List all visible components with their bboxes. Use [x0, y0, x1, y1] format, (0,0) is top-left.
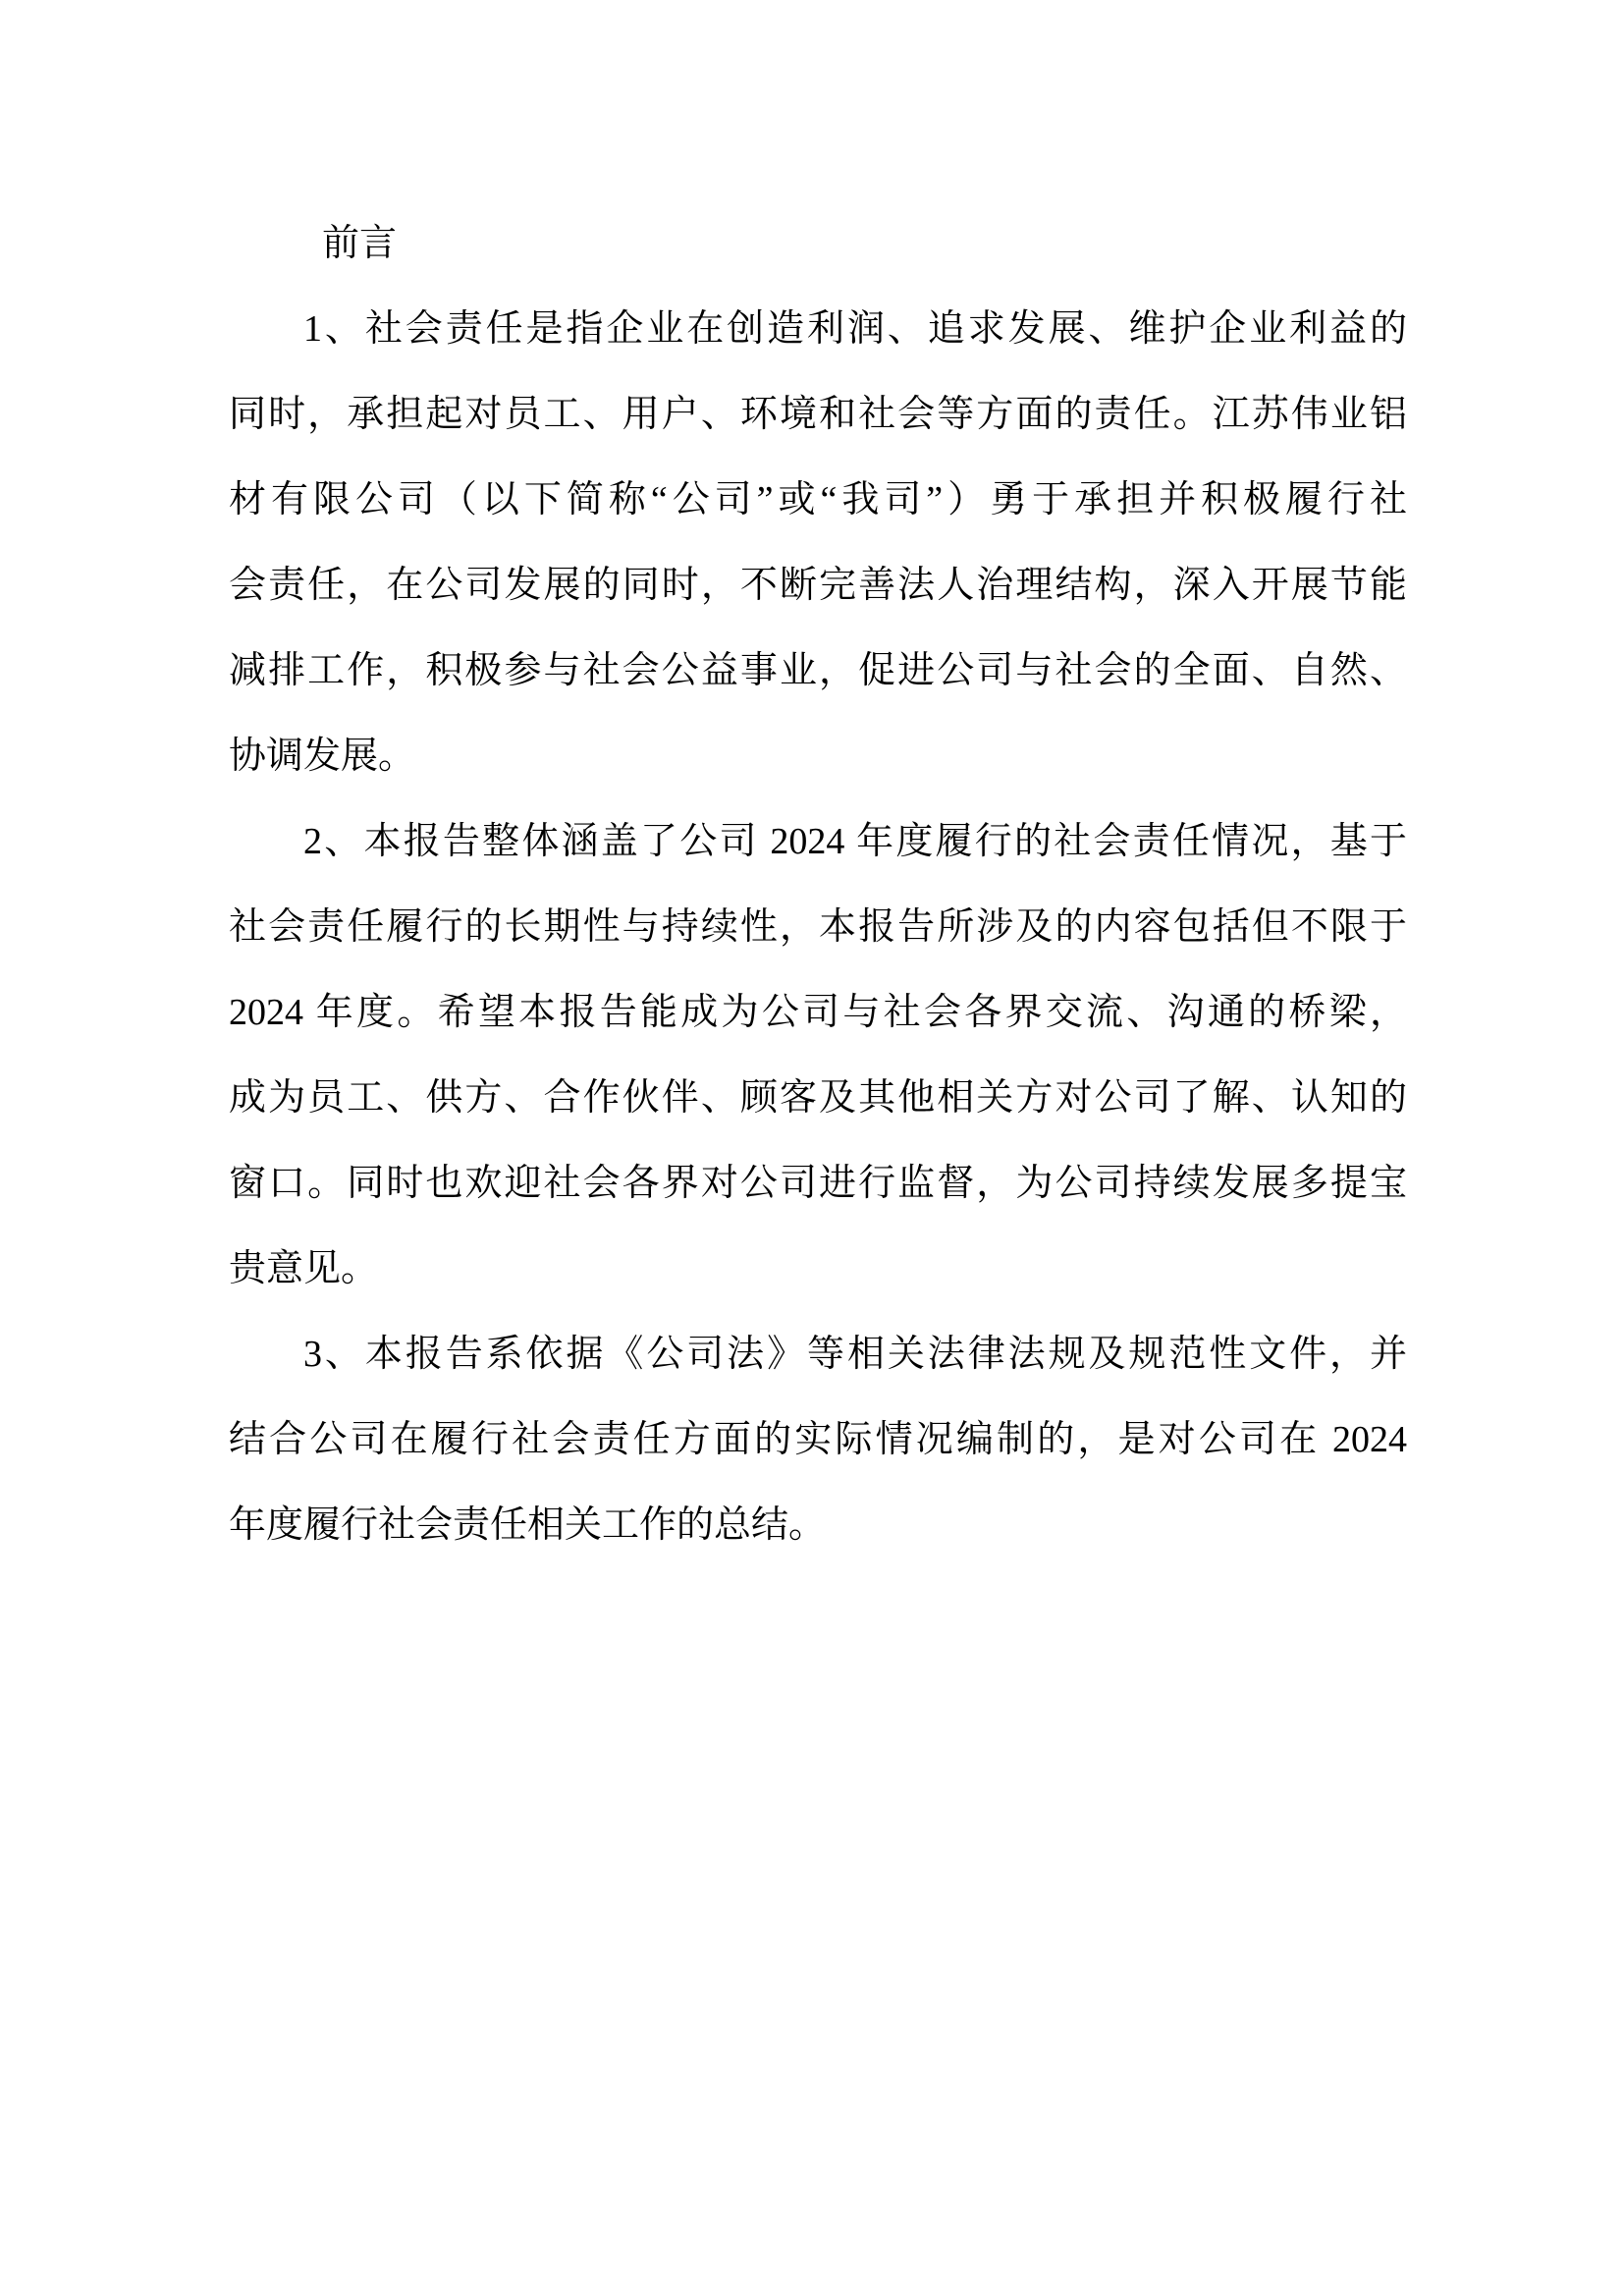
paragraph-line: 同时，承担起对员工、用户、环境和社会等方面的责任。江苏伟业铝 [229, 372, 1407, 458]
paragraphs-container: 1、社会责任是指企业在创造利润、追求发展、维护企业利益的同时，承担起对员工、用户… [229, 287, 1407, 1568]
paragraph-line: 会责任，在公司发展的同时，不断完善法人治理结构，深入开展节能 [229, 543, 1407, 629]
paragraph-line: 3、本报告系依据《公司法》等相关法律法规及规范性文件，并 [229, 1312, 1407, 1397]
document-body: 前言 1、社会责任是指企业在创造利润、追求发展、维护企业利益的同时，承担起对员工… [229, 201, 1407, 1568]
paragraph-line: 窗口。同时也欢迎社会各界对公司进行监督，为公司持续发展多提宝 [229, 1141, 1407, 1227]
paragraph-line: 减排工作，积极参与社会公益事业，促进公司与社会的全面、自然、 [229, 629, 1407, 714]
paragraph-line: 社会责任履行的长期性与持续性，本报告所涉及的内容包括但不限于 [229, 885, 1407, 970]
paragraph-line: 1、社会责任是指企业在创造利润、追求发展、维护企业利益的 [229, 287, 1407, 372]
paragraph-line: 协调发展。 [229, 714, 1407, 799]
page-title: 前言 [229, 201, 1407, 287]
paragraph: 2、本报告整体涵盖了公司 2024 年度履行的社会责任情况，基于社会责任履行的长… [229, 799, 1407, 1312]
document-page: 前言 1、社会责任是指企业在创造利润、追求发展、维护企业利益的同时，承担起对员工… [0, 0, 1623, 2296]
paragraph-line: 材有限公司（以下简称“公司”或“我司”）勇于承担并积极履行社 [229, 458, 1407, 543]
paragraph-line: 成为员工、供方、合作伙伴、顾客及其他相关方对公司了解、认知的 [229, 1056, 1407, 1141]
paragraph-line: 2、本报告整体涵盖了公司 2024 年度履行的社会责任情况，基于 [229, 799, 1407, 885]
paragraph-line: 2024 年度。希望本报告能成为公司与社会各界交流、沟通的桥梁， [229, 970, 1407, 1056]
paragraph: 3、本报告系依据《公司法》等相关法律法规及规范性文件，并结合公司在履行社会责任方… [229, 1312, 1407, 1568]
paragraph-line: 年度履行社会责任相关工作的总结。 [229, 1483, 1407, 1568]
paragraph-line: 贵意见。 [229, 1227, 1407, 1312]
paragraph: 1、社会责任是指企业在创造利润、追求发展、维护企业利益的同时，承担起对员工、用户… [229, 287, 1407, 799]
paragraph-line: 结合公司在履行社会责任方面的实际情况编制的，是对公司在 2024 [229, 1397, 1407, 1483]
